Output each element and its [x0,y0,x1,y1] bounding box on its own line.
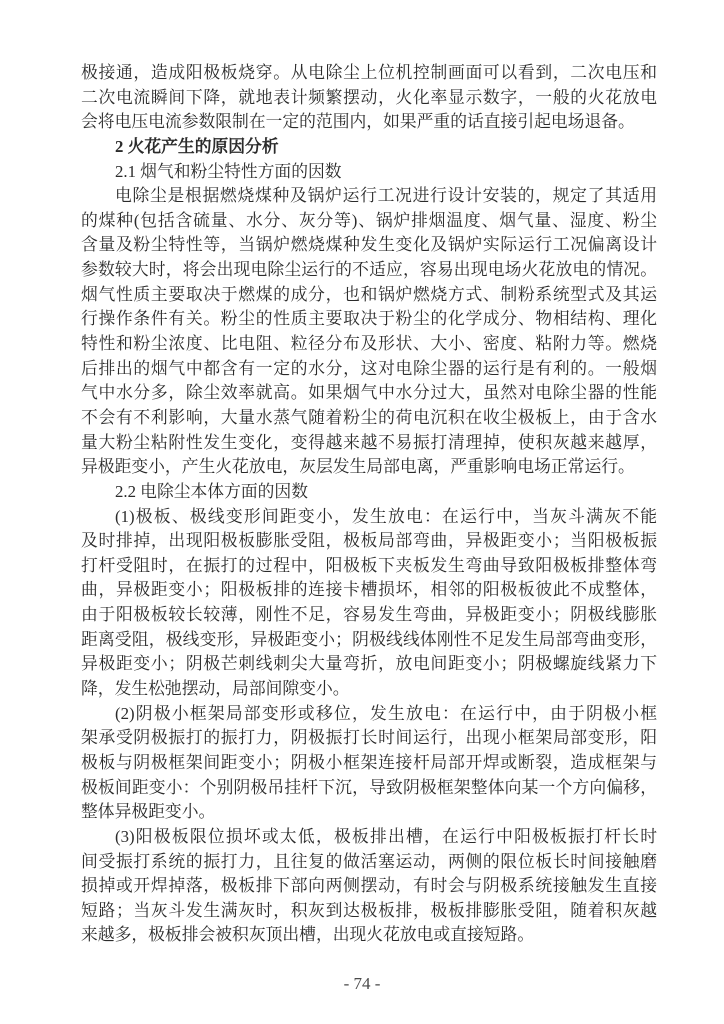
text-line: 异极距变小，产生火花放电，灰层发生局部电离，严重影响电场正常运行。 [81,455,657,480]
text-line: 整体异极距变小。 [81,800,657,825]
text-line: 曲，异极距变小；阳极板排的连接卡槽损坏，相邻的阳极板彼此不成整体， [81,578,657,603]
text-line: (1)极板、极线变形间距变小，发生放电：在运行中，当灰斗满灰不能 [81,505,657,530]
text-line: 由于阳极板较长较薄，刚性不足，容易发生弯曲，异极距变小；阴极线膨胀 [81,603,657,628]
text-line: 距离受阻，极线变形，异极距变小；阴极线线体刚性不足发生局部弯曲变形， [81,628,657,653]
text-line: 的煤种(包括含硫量、水分、灰分等)、锅炉排烟温度、烟气量、湿度、粉尘 [81,209,657,234]
section-heading: 2.2 电除尘本体方面的因数 [81,480,657,505]
text-line: 电除尘是根据燃烧煤种及锅炉运行工况进行设计安装的，规定了其适用 [81,184,657,209]
text-line: 后排出的烟气中都含有一定的水分，这对电除尘器的运行是有利的。一般烟 [81,357,657,382]
text-line: 打杆受阻时，在振打的过程中，阳极板下夹板发生弯曲导致阳极板排整体弯 [81,554,657,579]
text-line: 异极距变小；阴极芒刺线刺尖大量弯折，放电间距变小；阴极螺旋线紧力下 [81,652,657,677]
text-line: 及时排掉，出现阳极板膨胀受阻，极板局部弯曲，异极距变小；当阳极板振 [81,529,657,554]
text-line: 二次电流瞬间下降，就地表计频繁摆动，火化率显示数字，一般的火花放电 [81,86,657,111]
text-line: 短路；当灰斗发生满灰时，积灰到达极板排，极板排膨胀受阻，随着积灰越 [81,899,657,924]
text-line: 特性和粉尘浓度、比电阻、粒径分布及形状、大小、密度、粘附力等。燃烧 [81,332,657,357]
text-line: 降，发生松弛摆动，局部间隙变小。 [81,677,657,702]
text-line: 损掉或开焊掉落，极板排下部向两侧摆动，有时会与阴极系统接触发生直接 [81,874,657,899]
text-line: 极接通，造成阳极板烧穿。从电除尘上位机控制画面可以看到，二次电压和 [81,61,657,86]
text-line: 烟气性质主要取决于燃煤的成分，也和锅炉燃烧方式、制粉系统型式及其运 [81,283,657,308]
text-line: 来越多，极板排会被积灰顶出槽，出现火花放电或直接短路。 [81,923,657,948]
document-text-block: 极接通，造成阳极板烧穿。从电除尘上位机控制画面可以看到，二次电压和二次电流瞬间下… [81,61,657,948]
section-heading: 2 火花产生的原因分析 [81,135,657,160]
text-line: 气中水分多，除尘效率就高。如果烟气中水分过大，虽然对电除尘器的性能 [81,381,657,406]
section-heading: 2.1 烟气和粉尘特性方面的因数 [81,160,657,185]
text-line: 行操作条件有关。粉尘的性质主要取决于粉尘的化学成分、物相结构、理化 [81,307,657,332]
text-line: 架承受阴极振打的振打力，阴极振打长时间运行，出现小框架局部变形，阳 [81,726,657,751]
text-line: (3)阳极板限位损坏或太低，极板排出槽，在运行中阳极板振打杆长时 [81,825,657,850]
document-page: 极接通，造成阳极板烧穿。从电除尘上位机控制画面可以看到，二次电压和二次电流瞬间下… [0,0,724,1024]
page-number: - 74 - [0,974,724,994]
text-line: 量大粉尘粘附性发生变化，变得越来越不易振打清理掉，使积灰越来越厚， [81,431,657,456]
text-line: 不会有不利影响，大量水蒸气随着粉尘的荷电沉积在收尘极板上，由于含水 [81,406,657,431]
text-line: 间受振打系统的振打力，且往复的做活塞运动，两侧的限位板长时间接触磨 [81,850,657,875]
text-line: 极板间距变小：个别阴极吊挂杆下沉，导致阴极框架整体向某一个方向偏移， [81,776,657,801]
text-line: 参数较大时，将会出现电除尘运行的不适应，容易出现电场火花放电的情况。 [81,258,657,283]
text-line: 极板与阴极框架间距变小；阴极小框架连接杆局部开焊或断裂，造成框架与 [81,751,657,776]
text-line: (2)阴极小框架局部变形或移位，发生放电：在运行中，由于阴极小框 [81,702,657,727]
text-line: 含量及粉尘特性等，当锅炉燃烧煤种发生变化及锅炉实际运行工况偏离设计 [81,233,657,258]
text-line: 会将电压电流参数限制在一定的范围内，如果严重的话直接引起电场退备。 [81,110,657,135]
